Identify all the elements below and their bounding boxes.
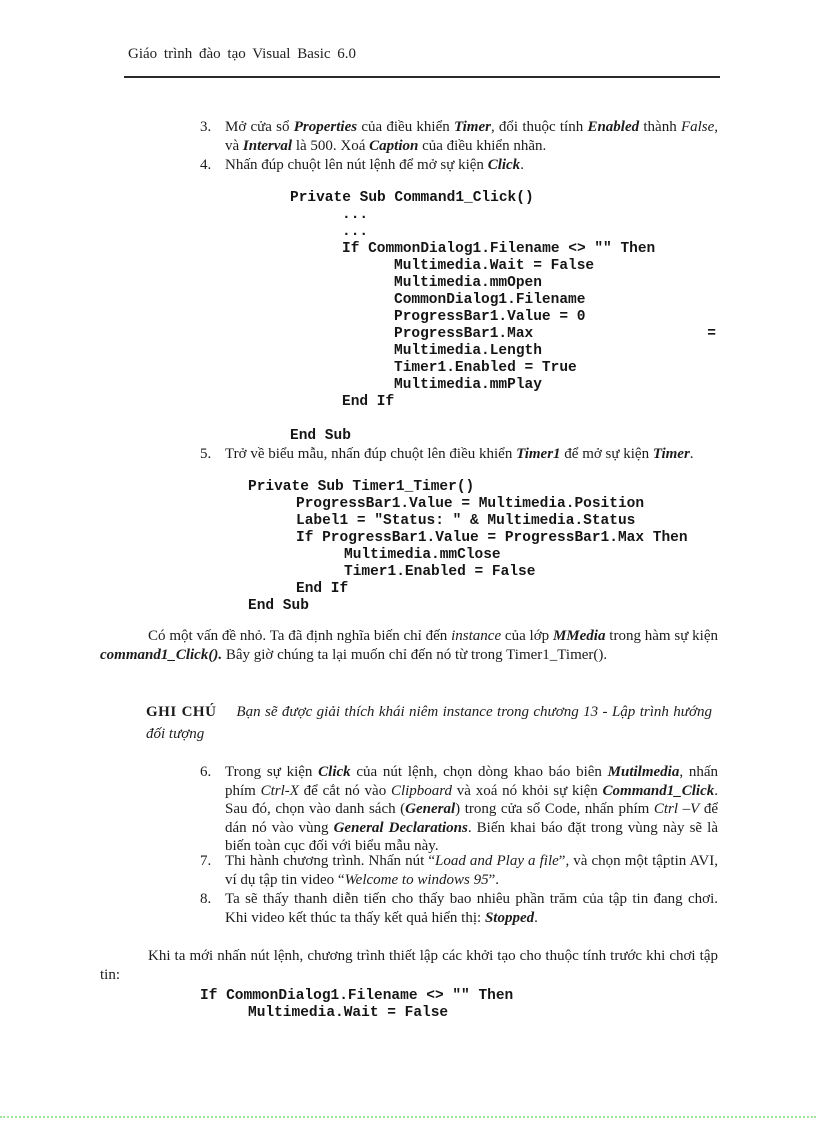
- text-run: Clipboard: [391, 783, 452, 799]
- text-run: .: [690, 446, 694, 462]
- text-run: Click: [318, 764, 351, 780]
- list-item-text: Mở cửa sổ Properties của điều khiển Time…: [225, 118, 718, 155]
- code-line-right-token: =: [707, 326, 716, 343]
- code-line: End If: [248, 581, 716, 598]
- text-run: Mở cửa sổ: [225, 119, 294, 135]
- text-run: để cắt nó vào: [299, 783, 391, 799]
- text-run: MMedia: [553, 628, 606, 644]
- list-item-8: 8. Ta sẽ thấy thanh diễn tiến cho thấy b…: [200, 890, 718, 927]
- code-line: Timer1.Enabled = False: [248, 564, 716, 581]
- list-item-text: Thi hành chương trình. Nhấn nút “Load an…: [225, 852, 718, 889]
- list-item-4: 4. Nhấn đúp chuột lên nút lệnh để mở sự …: [200, 156, 718, 175]
- code-line: =ProgressBar1.Max: [290, 326, 716, 343]
- code-line: If CommonDialog1.Filename <> "" Then: [290, 241, 716, 258]
- list-item-number: 5.: [200, 445, 225, 464]
- text-run: của nút lệnh, chọn dòng khao báo biên: [351, 764, 608, 780]
- text-run: General Declarations: [334, 820, 468, 836]
- text-run: Properties: [294, 119, 357, 135]
- code-line: Multimedia.Wait = False: [290, 258, 716, 275]
- text-run: Enabled: [587, 119, 639, 135]
- code-line: Label1 = "Status: " & Multimedia.Status: [248, 513, 716, 530]
- code-line: Multimedia.mmPlay: [290, 377, 716, 394]
- text-run: Command1_Click: [603, 783, 715, 799]
- list-item-7: 7. Thi hành chương trình. Nhấn nút “Load…: [200, 852, 718, 889]
- text-run: Click: [488, 157, 521, 173]
- list-item-5: 5. Trở về biểu mẫu, nhấn đúp chuột lên đ…: [200, 445, 718, 464]
- text-run: False: [681, 119, 714, 135]
- text-run: Timer: [454, 119, 491, 135]
- code-line: Private Sub Timer1_Timer(): [248, 479, 716, 496]
- header-rule: [124, 76, 720, 78]
- code-line: If CommonDialog1.Filename <> "" Then: [200, 988, 716, 1005]
- text-run: Trở về biểu mẫu, nhấn đúp chuột lên điều…: [225, 446, 516, 462]
- text-run: thành: [639, 119, 681, 135]
- text-run: của điều khiển: [357, 119, 454, 135]
- list-item-6: 6. Trong sự kiện Click của nút lệnh, chọ…: [200, 763, 718, 856]
- list-item-number: 8.: [200, 890, 225, 927]
- code-line: Private Sub Command1_Click(): [290, 190, 716, 207]
- text-run: General: [405, 801, 455, 817]
- text-run: của điều khiển nhãn.: [418, 138, 546, 154]
- note-text: Bạn sẽ được giải thích khái niêm instanc…: [146, 704, 712, 742]
- text-run: Load and Play a file: [435, 853, 559, 869]
- note-label: GHI CHÚ: [146, 704, 216, 720]
- code-line: ...: [290, 207, 716, 224]
- text-run: Caption: [369, 138, 418, 154]
- text-run: Trong sự kiện: [225, 764, 318, 780]
- list-item-3: 3. Mở cửa sổ Properties của điều khiển T…: [200, 118, 718, 155]
- text-run: Có một vấn đề nhỏ. Ta đã định nghĩa biến…: [148, 628, 451, 644]
- text-run: Interval: [243, 138, 292, 154]
- code-line: Multimedia.Length: [290, 343, 716, 360]
- code-line: If ProgressBar1.Value = ProgressBar1.Max…: [248, 530, 716, 547]
- code-block-command1-click: Private Sub Command1_Click()......If Com…: [290, 190, 716, 445]
- list-item-number: 4.: [200, 156, 225, 175]
- text-run: .: [534, 910, 538, 926]
- list-item-number: 7.: [200, 852, 225, 889]
- document-page: Giáo trình đào tạo Visual Basic 6.0 3. M…: [0, 0, 816, 1123]
- text-run: Bạn sẽ được giải thích khái niêm instanc…: [146, 704, 712, 742]
- code-line: Multimedia.Wait = False: [200, 1005, 716, 1022]
- text-run: của lớp: [501, 628, 553, 644]
- text-run: Nhấn đúp chuột lên nút lệnh để mở sự kiệ…: [225, 157, 488, 173]
- text-run: command1_Click().: [100, 647, 222, 663]
- code-line: End Sub: [248, 598, 716, 615]
- note-block: GHI CHÚBạn sẽ được giải thích khái niêm …: [146, 702, 712, 745]
- text-run: là 500. Xoá: [292, 138, 369, 154]
- code-line: End Sub: [290, 428, 716, 445]
- text-run: Bây giờ chúng ta lại muốn chỉ đến nó từ …: [222, 647, 607, 663]
- list-item-number: 6.: [200, 763, 225, 856]
- text-run: Ta sẽ thấy thanh diễn tiến cho thấy bao …: [225, 891, 718, 926]
- text-run: Timer1: [516, 446, 560, 462]
- text-run: Welcome to windows 95: [345, 872, 489, 888]
- code-block-closing-snippet: If CommonDialog1.Filename <> "" ThenMult…: [200, 988, 716, 1022]
- code-block-timer1-timer: Private Sub Timer1_Timer()ProgressBar1.V…: [248, 479, 716, 615]
- text-run: và xoá nó khỏi sự kiện: [452, 783, 602, 799]
- code-line: Timer1.Enabled = True: [290, 360, 716, 377]
- code-line: ProgressBar1.Value = Multimedia.Position: [248, 496, 716, 513]
- code-line: Multimedia.mmOpen: [290, 275, 716, 292]
- list-item-text: Nhấn đúp chuột lên nút lệnh để mở sự kiệ…: [225, 156, 718, 175]
- list-item-text: Ta sẽ thấy thanh diễn tiến cho thấy bao …: [225, 890, 718, 927]
- code-line: End If: [290, 394, 716, 411]
- text-run: .: [520, 157, 524, 173]
- code-line: Multimedia.mmClose: [248, 547, 716, 564]
- text-run: , đổi thuộc tính: [491, 119, 588, 135]
- text-run: instance: [451, 628, 501, 644]
- text-run: Ctrl –V: [654, 801, 699, 817]
- text-run: Timer: [653, 446, 690, 462]
- text-run: Khi ta mới nhấn nút lệnh, chương trình t…: [100, 948, 718, 983]
- text-run: để mở sự kiện: [561, 446, 653, 462]
- list-item-text: Trong sự kiện Click của nút lệnh, chọn d…: [225, 763, 718, 856]
- text-run: Stopped: [485, 910, 534, 926]
- page-bottom-marker: [0, 1116, 816, 1118]
- text-run: Mutilmedia: [608, 764, 680, 780]
- text-run: Ctrl-X: [261, 783, 299, 799]
- list-item-number: 3.: [200, 118, 225, 155]
- list-item-text: Trở về biểu mẫu, nhấn đúp chuột lên điều…: [225, 445, 718, 464]
- text-run: trong hàm sự kiện: [605, 628, 718, 644]
- page-header-title: Giáo trình đào tạo Visual Basic 6.0: [128, 46, 356, 63]
- paragraph-problem: Có một vấn đề nhỏ. Ta đã định nghĩa biến…: [100, 627, 718, 664]
- code-line: ProgressBar1.Value = 0: [290, 309, 716, 326]
- text-run: ”.: [489, 872, 499, 888]
- code-line: ...: [290, 224, 716, 241]
- text-run: ) trong cửa sổ Code, nhấn phím: [455, 801, 654, 817]
- code-line: CommonDialog1.Filename: [290, 292, 716, 309]
- text-run: Thi hành chương trình. Nhấn nút “: [225, 853, 435, 869]
- code-line: [290, 411, 716, 428]
- paragraph-closing: Khi ta mới nhấn nút lệnh, chương trình t…: [100, 947, 718, 984]
